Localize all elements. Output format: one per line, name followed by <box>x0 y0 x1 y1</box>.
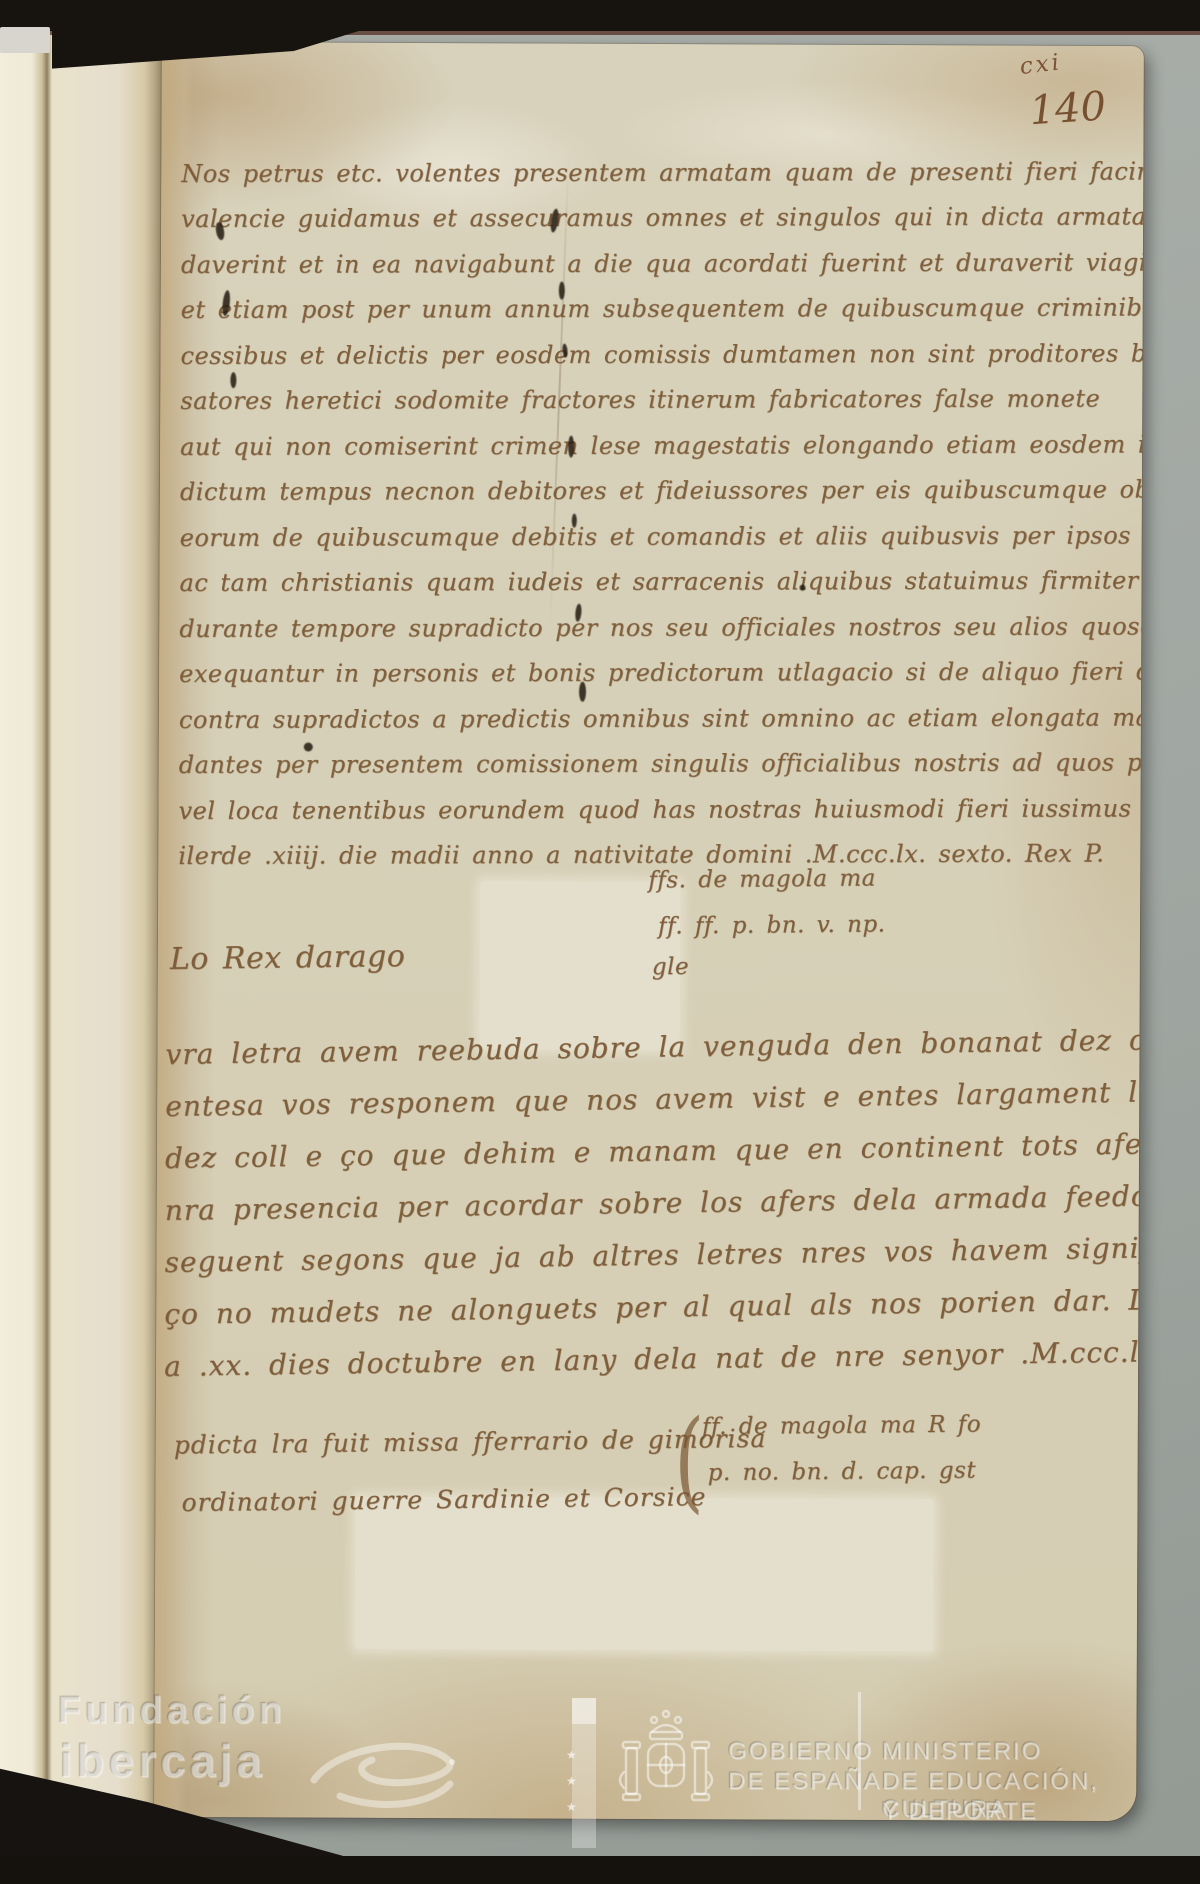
photo-bottom-band <box>0 1856 1200 1884</box>
watermark-divider <box>858 1692 861 1810</box>
chancery-signature-line: p. no. bn. d. cap. gst <box>708 1458 977 1487</box>
ink-blot <box>559 282 565 300</box>
latin-line: satores heretici sodomite fractores itin… <box>180 385 1100 415</box>
catalan-line: seguent segons que ja ab altres letres n… <box>164 1229 1144 1278</box>
latin-line: et etiam post per unum annum subsequente… <box>181 293 1144 324</box>
chancery-signature-line: ff. de magola ma R fo <box>702 1412 982 1441</box>
fundacion-watermark-line1: Fundación <box>58 1690 286 1733</box>
ink-blot <box>568 436 574 458</box>
address-heading: Lo Rex darago <box>170 939 406 977</box>
latin-line: exequantur in personis et bonis predicto… <box>179 657 1144 688</box>
repair-patch-upper <box>479 881 680 1050</box>
chancery-signature-line: ff. ff. p. bn. v. np. <box>658 911 886 939</box>
latin-line: daverint et in ea navigabunt a die qua a… <box>181 248 1144 279</box>
latin-line: vel loca tenentibus eorundem quod has no… <box>178 793 1143 824</box>
ministerio-watermark-line3: Y DEPORTE <box>882 1798 1038 1826</box>
gobierno-watermark-line1: GOBIERNO <box>728 1738 873 1766</box>
latin-line: cessibus et delictis per eosdem comissis… <box>180 339 1143 370</box>
ink-blot <box>304 742 313 751</box>
spain-coat-of-arms-icon <box>614 1706 718 1828</box>
fundacion-watermark-line2: ibercaja <box>60 1734 266 1788</box>
ministerio-watermark-line1: MINISTERIO <box>882 1738 1042 1766</box>
spain-flag-square-icon <box>572 1698 596 1724</box>
latin-line: dantes per presentem comissionem singuli… <box>179 748 1144 779</box>
flag-star-icon: ★ <box>566 1748 577 1762</box>
latin-line: aut qui non comiserint crimen lese mages… <box>180 430 1144 461</box>
catalan-line: a .xx. dies doctubre en lany dela nat de… <box>164 1333 1144 1383</box>
latin-line: valencie guidamus et assecuramus omnes e… <box>181 202 1144 233</box>
catalan-line: nra presencia per acordar sobre los afer… <box>165 1177 1144 1227</box>
registration-note-line: ordinatori guerre Sardinie et Corsice <box>181 1482 706 1517</box>
foliation-roman: cxi <box>1018 49 1063 80</box>
latin-line: eorum de quibuscumque debitis et comandi… <box>180 521 1144 552</box>
flag-star-icon: ★ <box>566 1774 577 1788</box>
latin-line: dictum tempus necnon debitores et fideiu… <box>180 475 1144 506</box>
ink-blot <box>572 514 577 528</box>
flag-star-icon: ★ <box>566 1800 577 1814</box>
ink-blot <box>579 682 586 702</box>
book-gutter-pages <box>0 30 164 1822</box>
manuscript-page: cxi 140 Nos petrus etc. volentes present… <box>154 42 1144 1821</box>
latin-line: ac tam christianis quam iudeis et sarrac… <box>179 566 1143 597</box>
adjacent-page-edge <box>0 27 50 53</box>
photo-top-band <box>0 0 1200 31</box>
ink-blot <box>230 372 236 388</box>
manuscript-photo: cxi 140 Nos petrus etc. volentes present… <box>0 0 1200 1884</box>
latin-line: Nos petrus etc. volentes presentem armat… <box>181 157 1144 188</box>
foliation-arabic: 140 <box>1028 83 1107 134</box>
chancery-signature-line: gle <box>652 954 689 980</box>
repair-patch-lower <box>355 1497 934 1652</box>
latin-line: contra supradictos a predictis omnibus s… <box>179 703 1144 734</box>
catalan-line: entesa vos responem que nos avem vist e … <box>165 1071 1144 1122</box>
latin-line: ilerde .xiiij. die madii anno a nativita… <box>178 840 1104 870</box>
ibercaja-swirl-icon <box>300 1722 470 1822</box>
signature-flourish: ( <box>674 1396 705 1524</box>
catalan-line: ço no mudets ne alonguets per al qual al… <box>164 1279 1144 1331</box>
latin-line: durante tempore supradicto per nos seu o… <box>179 612 1144 643</box>
chancery-signature-line: ffs. de magola ma <box>648 865 876 893</box>
ink-blot <box>799 585 805 591</box>
catalan-line: dez coll e ço que dehim e manam que en c… <box>165 1123 1144 1175</box>
